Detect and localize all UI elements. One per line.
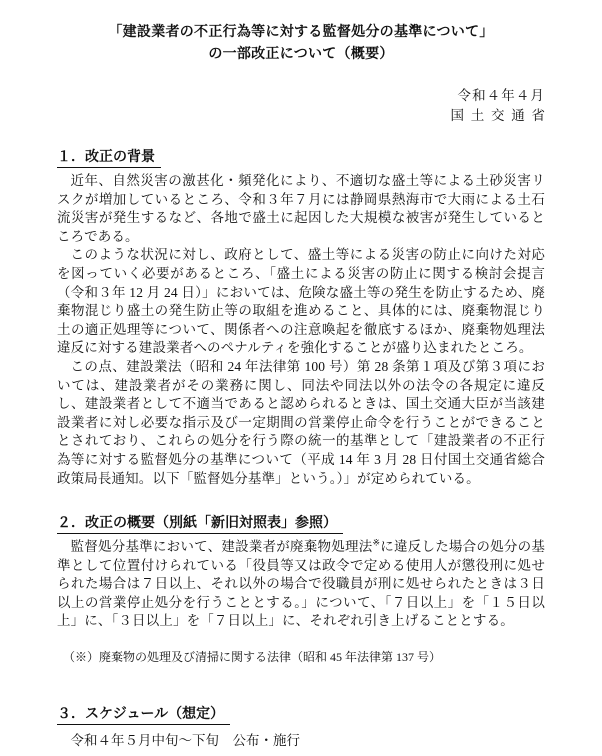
date-label: 令和４年４月 bbox=[57, 86, 545, 106]
section-1-paragraph-1: 近年、自然災害の激甚化・頻発化により、不適切な盛土等による土砂災害リスクが増加し… bbox=[57, 172, 545, 246]
byline: 令和４年４月 国土交通省 bbox=[57, 86, 545, 126]
section-1-paragraph-3: この点、建設業法（昭和 24 年法律第 100 号）第 28 条第１項及び第３項… bbox=[57, 358, 545, 488]
section-1-paragraph-2: このような状況に対し、政府として、盛土等による災害の防止に向けた対応を図っていく… bbox=[57, 246, 545, 358]
section-schedule: ３．スケジュール（想定） 令和４年５月中旬～下旬 公布・施行 bbox=[57, 705, 545, 750]
title-line-1: 「建設業者の不正行為等に対する監督処分の基準について」 bbox=[57, 20, 545, 42]
section-2-heading: ２．改正の概要（別紙「新旧対照表」参照） bbox=[57, 514, 343, 534]
footnote-waste-law: （※）廃棄物の処理及び清掃に関する法律（昭和 45 年法律第 137 号） bbox=[57, 649, 545, 665]
section-background: １．改正の背景 近年、自然災害の激甚化・頻発化により、不適切な盛土等による土砂災… bbox=[57, 148, 545, 488]
org-label: 国土交通省 bbox=[451, 106, 552, 126]
section-2-paragraph: 監督処分基準において、建設業者が廃棄物処理法※に違反した場合の処分の基準として位… bbox=[57, 538, 545, 631]
title-line-2: の一部改正について（概要） bbox=[57, 42, 545, 64]
document-page: 「建設業者の不正行為等に対する監督処分の基準について」 の一部改正について（概要… bbox=[0, 0, 602, 756]
section-2-paragraph-lead: 監督処分基準において、建設業者が廃棄物処理法 bbox=[71, 539, 373, 554]
section-overview: ２．改正の概要（別紙「新旧対照表」参照） 監督処分基準において、建設業者が廃棄物… bbox=[57, 514, 545, 665]
section-1-heading: １．改正の背景 bbox=[57, 148, 161, 168]
document-title: 「建設業者の不正行為等に対する監督処分の基準について」 の一部改正について（概要… bbox=[57, 20, 545, 64]
section-3-heading: ３．スケジュール（想定） bbox=[57, 705, 230, 725]
org-line: 国土交通省 bbox=[57, 106, 545, 126]
schedule-entry: 令和４年５月中旬～下旬 公布・施行 bbox=[57, 731, 545, 750]
